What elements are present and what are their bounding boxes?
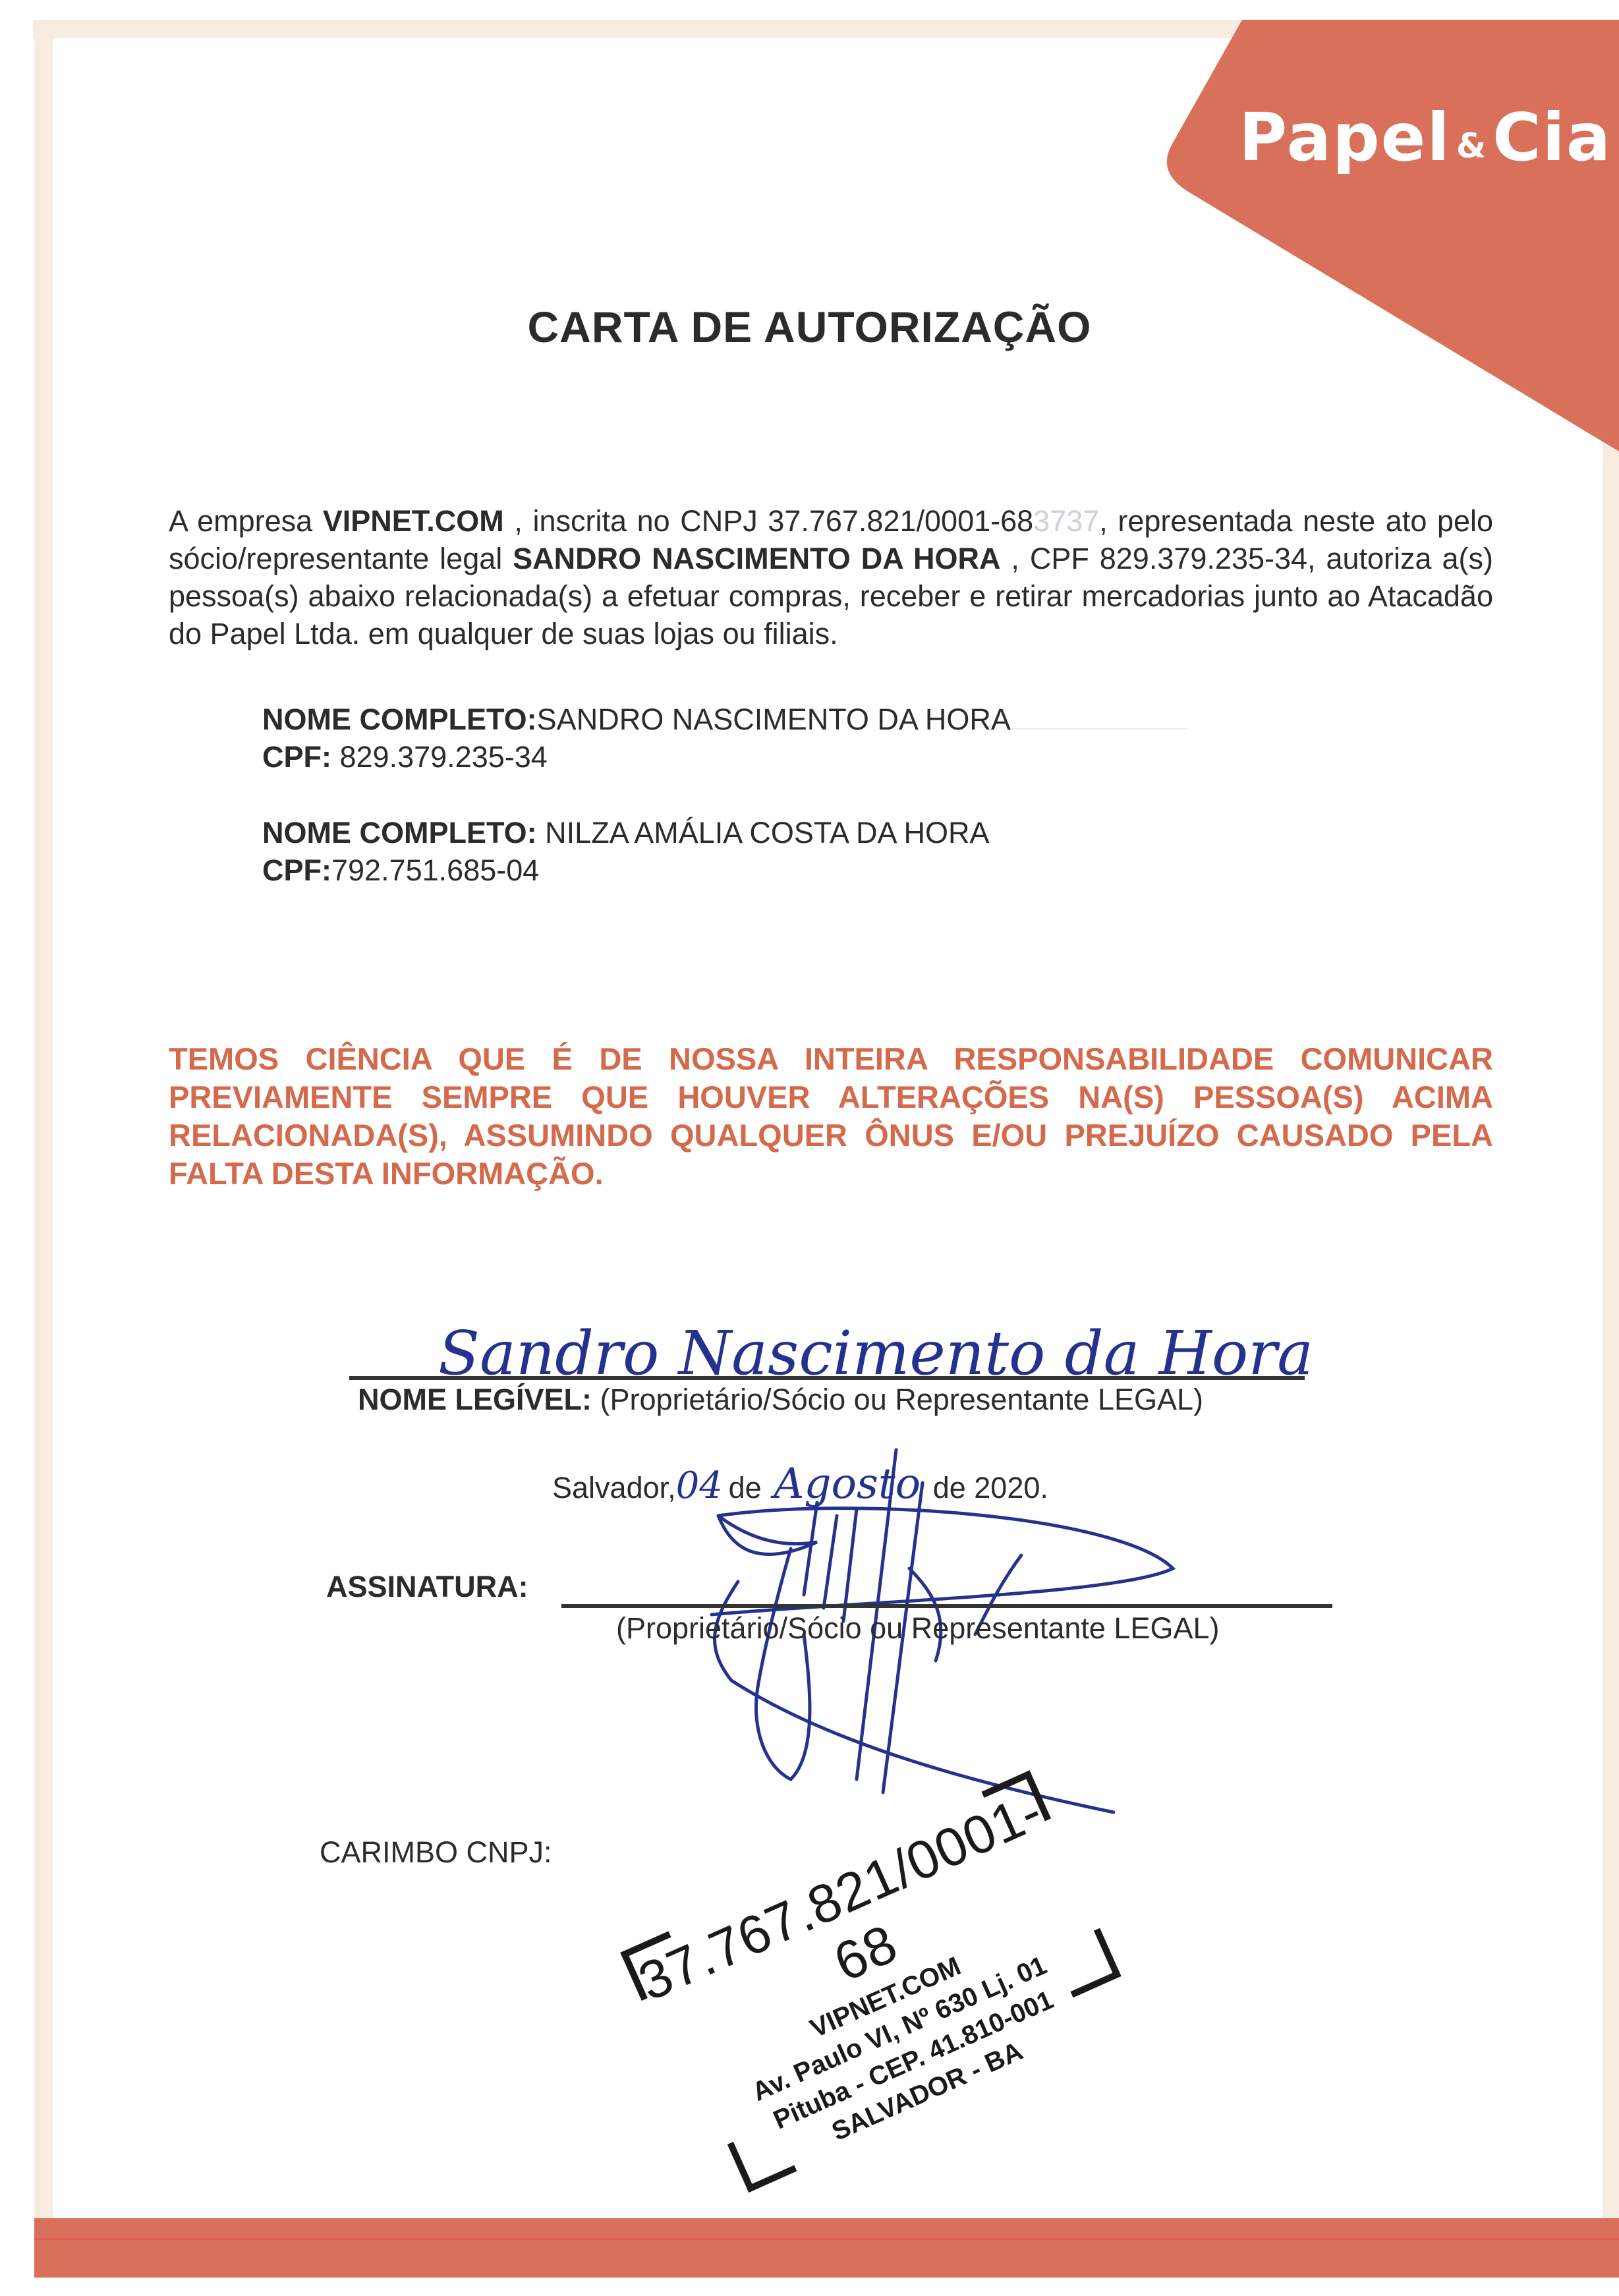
representative-name: SANDRO NASCIMENTO DA HORA — [513, 542, 1000, 575]
footer-stripe — [34, 2238, 1619, 2240]
person-name: SANDRO NASCIMENTO DA HORA — [537, 703, 1011, 736]
date-line: Salvador,04deAgostode 2020. — [552, 1460, 1048, 1508]
brand-logo: Papel&Cia — [1239, 99, 1612, 176]
date-de: de — [729, 1471, 762, 1505]
document-title: CARTA DE AUTORIZAÇÃO — [0, 302, 1619, 352]
company-name: VIPNET.COM — [323, 504, 504, 538]
logo-banner-shape — [0, 0, 1619, 474]
signature-label: ASSINATURA: — [326, 1570, 528, 1604]
cpf-label: CPF: — [262, 853, 331, 887]
date-day-handwritten: 04 — [676, 1464, 729, 1507]
stamp-label: CARIMBO CNPJ: — [320, 1835, 552, 1870]
legible-name-role: (Proprietário/Sócio ou Representante LEG… — [592, 1383, 1203, 1416]
date-city: Salvador, — [552, 1471, 676, 1505]
legible-name-line — [349, 1376, 1305, 1380]
legible-name-label: NOME LEGÍVEL: — [358, 1383, 592, 1416]
date-year: 2020. — [974, 1471, 1048, 1505]
body-text-part: A empresa — [169, 504, 323, 538]
signature-role-caption: (Proprietário/Sócio ou Representante LEG… — [616, 1611, 1220, 1646]
name-label: NOME COMPLETO: — [262, 816, 537, 849]
signature-line — [561, 1604, 1332, 1608]
person-cpf: 829.379.235-34 — [331, 740, 548, 774]
person-cpf: 792.751.685-04 — [331, 853, 539, 887]
authorized-person: NOME COMPLETO: NILZA AMÁLIA COSTA DA HOR… — [262, 814, 990, 889]
authorized-person: NOME COMPLETO:SANDRO NASCIMENTO DA HORA … — [262, 701, 1189, 776]
logo-word-papel: Papel — [1239, 99, 1451, 176]
date-month-handwritten: Agosto — [762, 1460, 933, 1508]
name-label: NOME COMPLETO: — [262, 703, 537, 736]
date-de: de — [933, 1471, 966, 1505]
legible-name-caption: NOME LEGÍVEL: (Proprietário/Sócio ou Rep… — [358, 1383, 1203, 1417]
faint-digits: 3737 — [1033, 504, 1099, 538]
logo-ampersand: & — [1456, 127, 1487, 166]
footer-band — [34, 2218, 1619, 2278]
cpf-label: CPF: — [262, 740, 331, 774]
logo-word-cia: Cia — [1492, 99, 1612, 176]
authorization-paragraph: A empresa VIPNET.COM , inscrita no CNPJ … — [169, 502, 1493, 652]
body-text-part: , inscrita no CNPJ 37.767.821/0001-68 — [504, 504, 1033, 538]
fill-line — [1011, 728, 1189, 730]
responsibility-warning: TEMOS CIÊNCIA QUE É DE NOSSA INTEIRA RES… — [169, 1040, 1493, 1193]
person-name: NILZA AMÁLIA COSTA DA HORA — [537, 816, 990, 849]
